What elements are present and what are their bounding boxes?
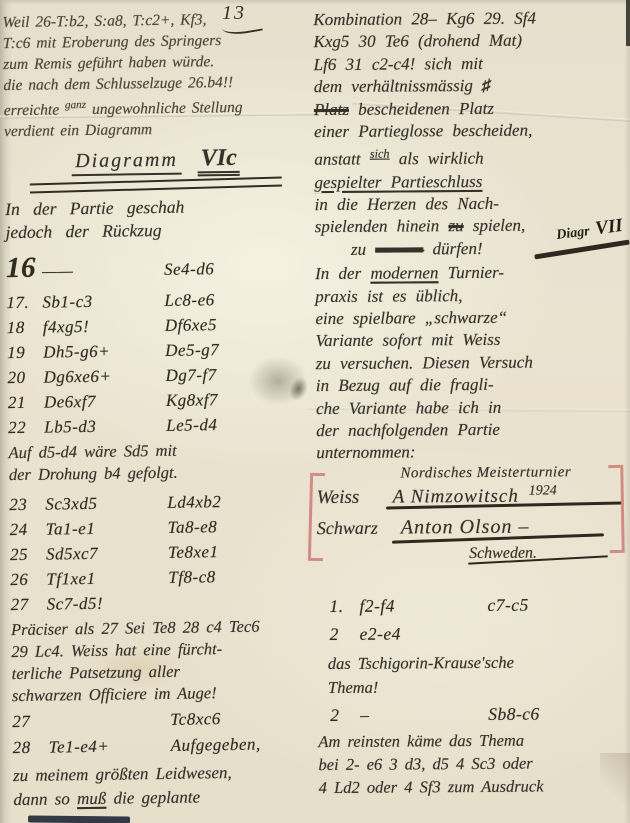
move-list-a: 16——Se4-d617.Sb1-c3Lc8-e618f4xg5!Df6xe51… bbox=[6, 246, 311, 440]
closing-note: zu meinem größten Leidwesen,dann so muß … bbox=[13, 760, 316, 812]
move-row: 16——Se4-d6 bbox=[6, 246, 309, 290]
move-list-b: 23Sc3xd5Ld4xb224Ta1-e1Ta8-e825Sd5xc7Te8x… bbox=[9, 488, 313, 617]
paper-edge-top bbox=[0, 0, 630, 5]
handwritten-line: schwarzen Officiere im Auge! bbox=[12, 681, 314, 707]
handwritten-line: Variante sofort mit Weiss bbox=[315, 328, 627, 353]
note-drohung: Auf d5-d4 wäre Sd5 mitder Drohung b4 gef… bbox=[8, 438, 311, 486]
left-column: Weil 26-T:b2, S:a8, T:c2+, Kf3,T:c6 mit … bbox=[2, 8, 315, 812]
move-row: 2–Sb8-c6 bbox=[330, 700, 630, 728]
handwritten-line: gespielter Partieschluss bbox=[314, 169, 626, 194]
note-am-reinsten: Am reinsten käme das Themabei 2- e6 3 d3… bbox=[318, 728, 630, 799]
handwritten-line: Lf6 31 c2-c4! sich mit bbox=[314, 52, 626, 77]
game-move-list-b: 2–Sb8-c6 bbox=[330, 700, 630, 728]
diagram-heading-word: Diagramm bbox=[71, 149, 182, 177]
game-move-list-a: 1.f2-f4c7-c52e2-e4 bbox=[329, 590, 629, 648]
red-bracket-right bbox=[606, 465, 625, 553]
handwritten-line: in die Herzen des Nach- bbox=[315, 192, 627, 217]
handwritten-line: praxis ist es üblich, bbox=[315, 283, 627, 308]
handwritten-line: anstatt sich als wirklich bbox=[314, 141, 626, 171]
handwritten-line: unternommen: bbox=[316, 440, 628, 465]
note-thema: das Tschigorin-Krause'scheThema! bbox=[328, 650, 630, 700]
diagram-heading: DiagrammVIc bbox=[4, 144, 306, 175]
red-bracket-left bbox=[308, 473, 327, 561]
tournament-year: 1924 bbox=[529, 477, 557, 504]
handwritten-line: che Variante habe ich in bbox=[316, 395, 628, 420]
handwritten-line: In der modernen Turnier- bbox=[315, 261, 627, 286]
partie-note: In der Partie geschahjedoch der Rückzug bbox=[5, 194, 308, 244]
move-row: 22Lb5-d3Le5-d4 bbox=[8, 411, 310, 440]
handwritten-line: der Drohung b4 gefolgt. bbox=[9, 460, 311, 486]
diagram-heading-numeral: VIc bbox=[198, 145, 240, 177]
handwritten-line: 4 Ld2 oder 4 Sf3 zum Ausdruck bbox=[319, 774, 630, 799]
move-row: 2e2-e4 bbox=[330, 618, 630, 648]
manuscript-paper: 13 Weil 26-T:b2, S:a8, T:c2+, Kf3,T:c6 m… bbox=[0, 0, 630, 823]
diagram-reference-label: Diagr bbox=[556, 224, 591, 243]
heading-double-rule bbox=[30, 177, 282, 194]
intro-paragraph: Weil 26-T:b2, S:a8, T:c2+, Kf3,T:c6 mit … bbox=[2, 8, 306, 142]
move-list-c: 27Tc8xc628Te1-e4+Aufgegeben, bbox=[12, 705, 315, 761]
handwritten-line: Platz bescheidenen Platz bbox=[314, 97, 626, 122]
scan-edge-strip bbox=[28, 815, 130, 823]
handwritten-line: verdient ein Diagramm bbox=[4, 117, 306, 142]
handwritten-line: Thema! bbox=[328, 674, 630, 700]
handwritten-line: Kombination 28– Kg6 29. Sf4 bbox=[313, 7, 625, 32]
note-praeciser: Präciser als 27 Sei Te8 28 c4 Tec629 Lc4… bbox=[11, 615, 314, 707]
right-column: Kombination 28– Kg6 29. Sf4Kxg5 30 Te6 (… bbox=[313, 7, 630, 799]
move-row: 1.f2-f4c7-c5 bbox=[329, 590, 629, 620]
handwritten-line: dem verhältnissmässig ♯ bbox=[314, 74, 626, 99]
black-label: Schwarz bbox=[317, 512, 401, 544]
white-label: Weiss bbox=[317, 483, 393, 511]
handwritten-line: das Tschigorin-Krause'sche bbox=[328, 650, 630, 676]
game-header: Nordisches Meisterturnier Weiss A Nimzow… bbox=[316, 463, 629, 566]
handwritten-line: dann so muß die geplante bbox=[13, 784, 315, 812]
handwritten-line: bei 2- e6 3 d3, d5 4 Sc3 oder bbox=[318, 751, 630, 776]
tournament-name: Nordisches Meisterturnier bbox=[400, 463, 628, 484]
white-player-row: Weiss A Nimzowitsch 1924 bbox=[317, 482, 629, 513]
scan-edge-mark bbox=[626, 0, 630, 46]
handwritten-line: Am reinsten käme das Thema bbox=[318, 728, 630, 753]
handwritten-line: jedoch der Rückzug bbox=[5, 217, 307, 244]
handwritten-line: in Bezug auf die fragli- bbox=[316, 373, 628, 398]
handwritten-line: der nachfolgenden Partie bbox=[316, 418, 628, 443]
commentary-mid: In der modernen Turnier-praxis ist es üb… bbox=[315, 261, 628, 465]
diagram-reference-numeral: VII bbox=[594, 215, 624, 239]
move-row: 28Te1-e4+Aufgegeben, bbox=[13, 731, 315, 761]
handwritten-line: eine spielbare „schwarze“ bbox=[315, 306, 627, 331]
handwritten-line: zu versuchen. Diesen Versuch bbox=[316, 351, 628, 376]
handwritten-line: Kxg5 30 Te6 (drohend Mat) bbox=[313, 29, 625, 54]
move-row: 27Sc7-d5! bbox=[11, 588, 313, 617]
move-row: 26Tf1xe1Tf8-c8 bbox=[10, 563, 312, 592]
handwritten-line: einer Partieglosse bescheiden, bbox=[314, 119, 626, 144]
